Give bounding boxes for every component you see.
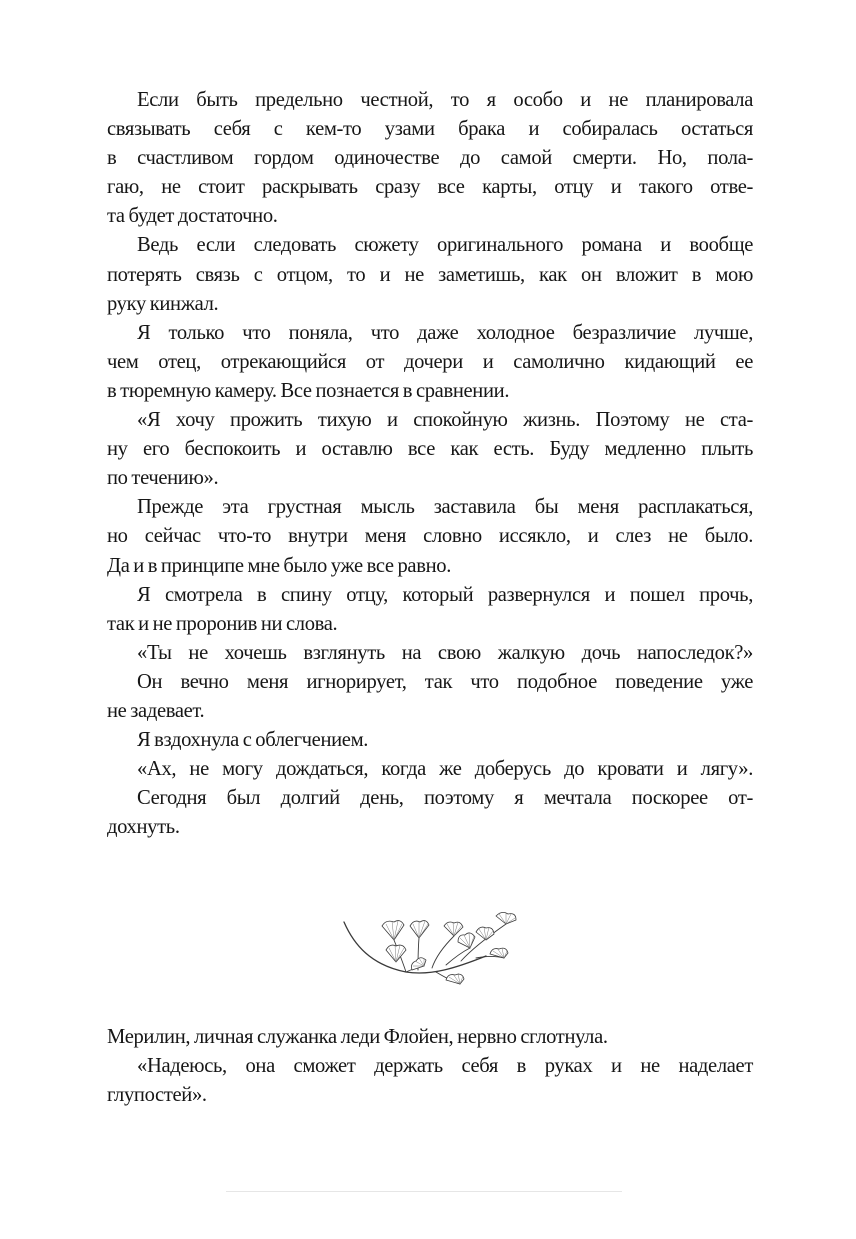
text-line: связывать себя с кем-то узами брака и со… <box>107 115 753 144</box>
text-line: чем отец, отрекающийся от дочери и самол… <box>107 348 753 377</box>
text-line: Да и в принципе мне было уже все равно. <box>107 552 753 581</box>
text-line: по течению». <box>107 464 753 493</box>
ginkgo-leaf-ornament-icon <box>336 910 526 990</box>
text-line: «Я хочу прожить тихую и спокойную жизнь.… <box>107 406 753 435</box>
text-line: Прежде эта грустная мысль заставила бы м… <box>107 493 753 522</box>
text-line: дохнуть. <box>107 813 753 842</box>
footer-divider <box>226 1191 622 1192</box>
text-line: так и не проронив ни слова. <box>107 610 753 639</box>
text-line: Мерилин, личная служанка леди Флойен, не… <box>107 1023 753 1052</box>
text-line: Ведь если следовать сюжету оригинального… <box>107 231 753 260</box>
book-page: Если быть предельно честной, то я особо … <box>0 0 856 1239</box>
text-line: Я смотрела в спину отцу, который разверн… <box>107 581 753 610</box>
text-line: не задевает. <box>107 697 753 726</box>
text-line: ну его беспокоить и оставлю все как есть… <box>107 435 753 464</box>
text-line: Если быть предельно честной, то я особо … <box>107 86 753 115</box>
text-line: но сейчас что-то внутри меня словно исся… <box>107 522 753 551</box>
text-line: Я вздохнула с облегчением. <box>107 726 753 755</box>
text-line: «Надеюсь, она сможет держать себя в рука… <box>107 1052 753 1081</box>
text-line: та будет достаточно. <box>107 202 753 231</box>
text-line: в тюремную камеру. Все познается в сравн… <box>107 377 753 406</box>
text-block-secondary: Мерилин, личная служанка леди Флойен, не… <box>107 1023 753 1110</box>
text-line: Сегодня был долгий день, поэтому я мечта… <box>107 784 753 813</box>
text-line: «Ты не хочешь взглянуть на свою жалкую д… <box>107 639 753 668</box>
text-line: в счастливом гордом одиночестве до самой… <box>107 144 753 173</box>
text-line: Я только что поняла, что даже холодное б… <box>107 319 753 348</box>
text-line: гаю, не стоит раскрывать сразу все карты… <box>107 173 753 202</box>
text-line: глупостей». <box>107 1081 753 1110</box>
text-line: «Ах, не могу дождаться, когда же доберус… <box>107 755 753 784</box>
text-line: Он вечно меня игнорирует, так что подобн… <box>107 668 753 697</box>
text-block-main: Если быть предельно честной, то я особо … <box>107 86 753 842</box>
text-line: потерять связь с отцом, то и не заметишь… <box>107 261 753 290</box>
text-line: руку кинжал. <box>107 290 753 319</box>
